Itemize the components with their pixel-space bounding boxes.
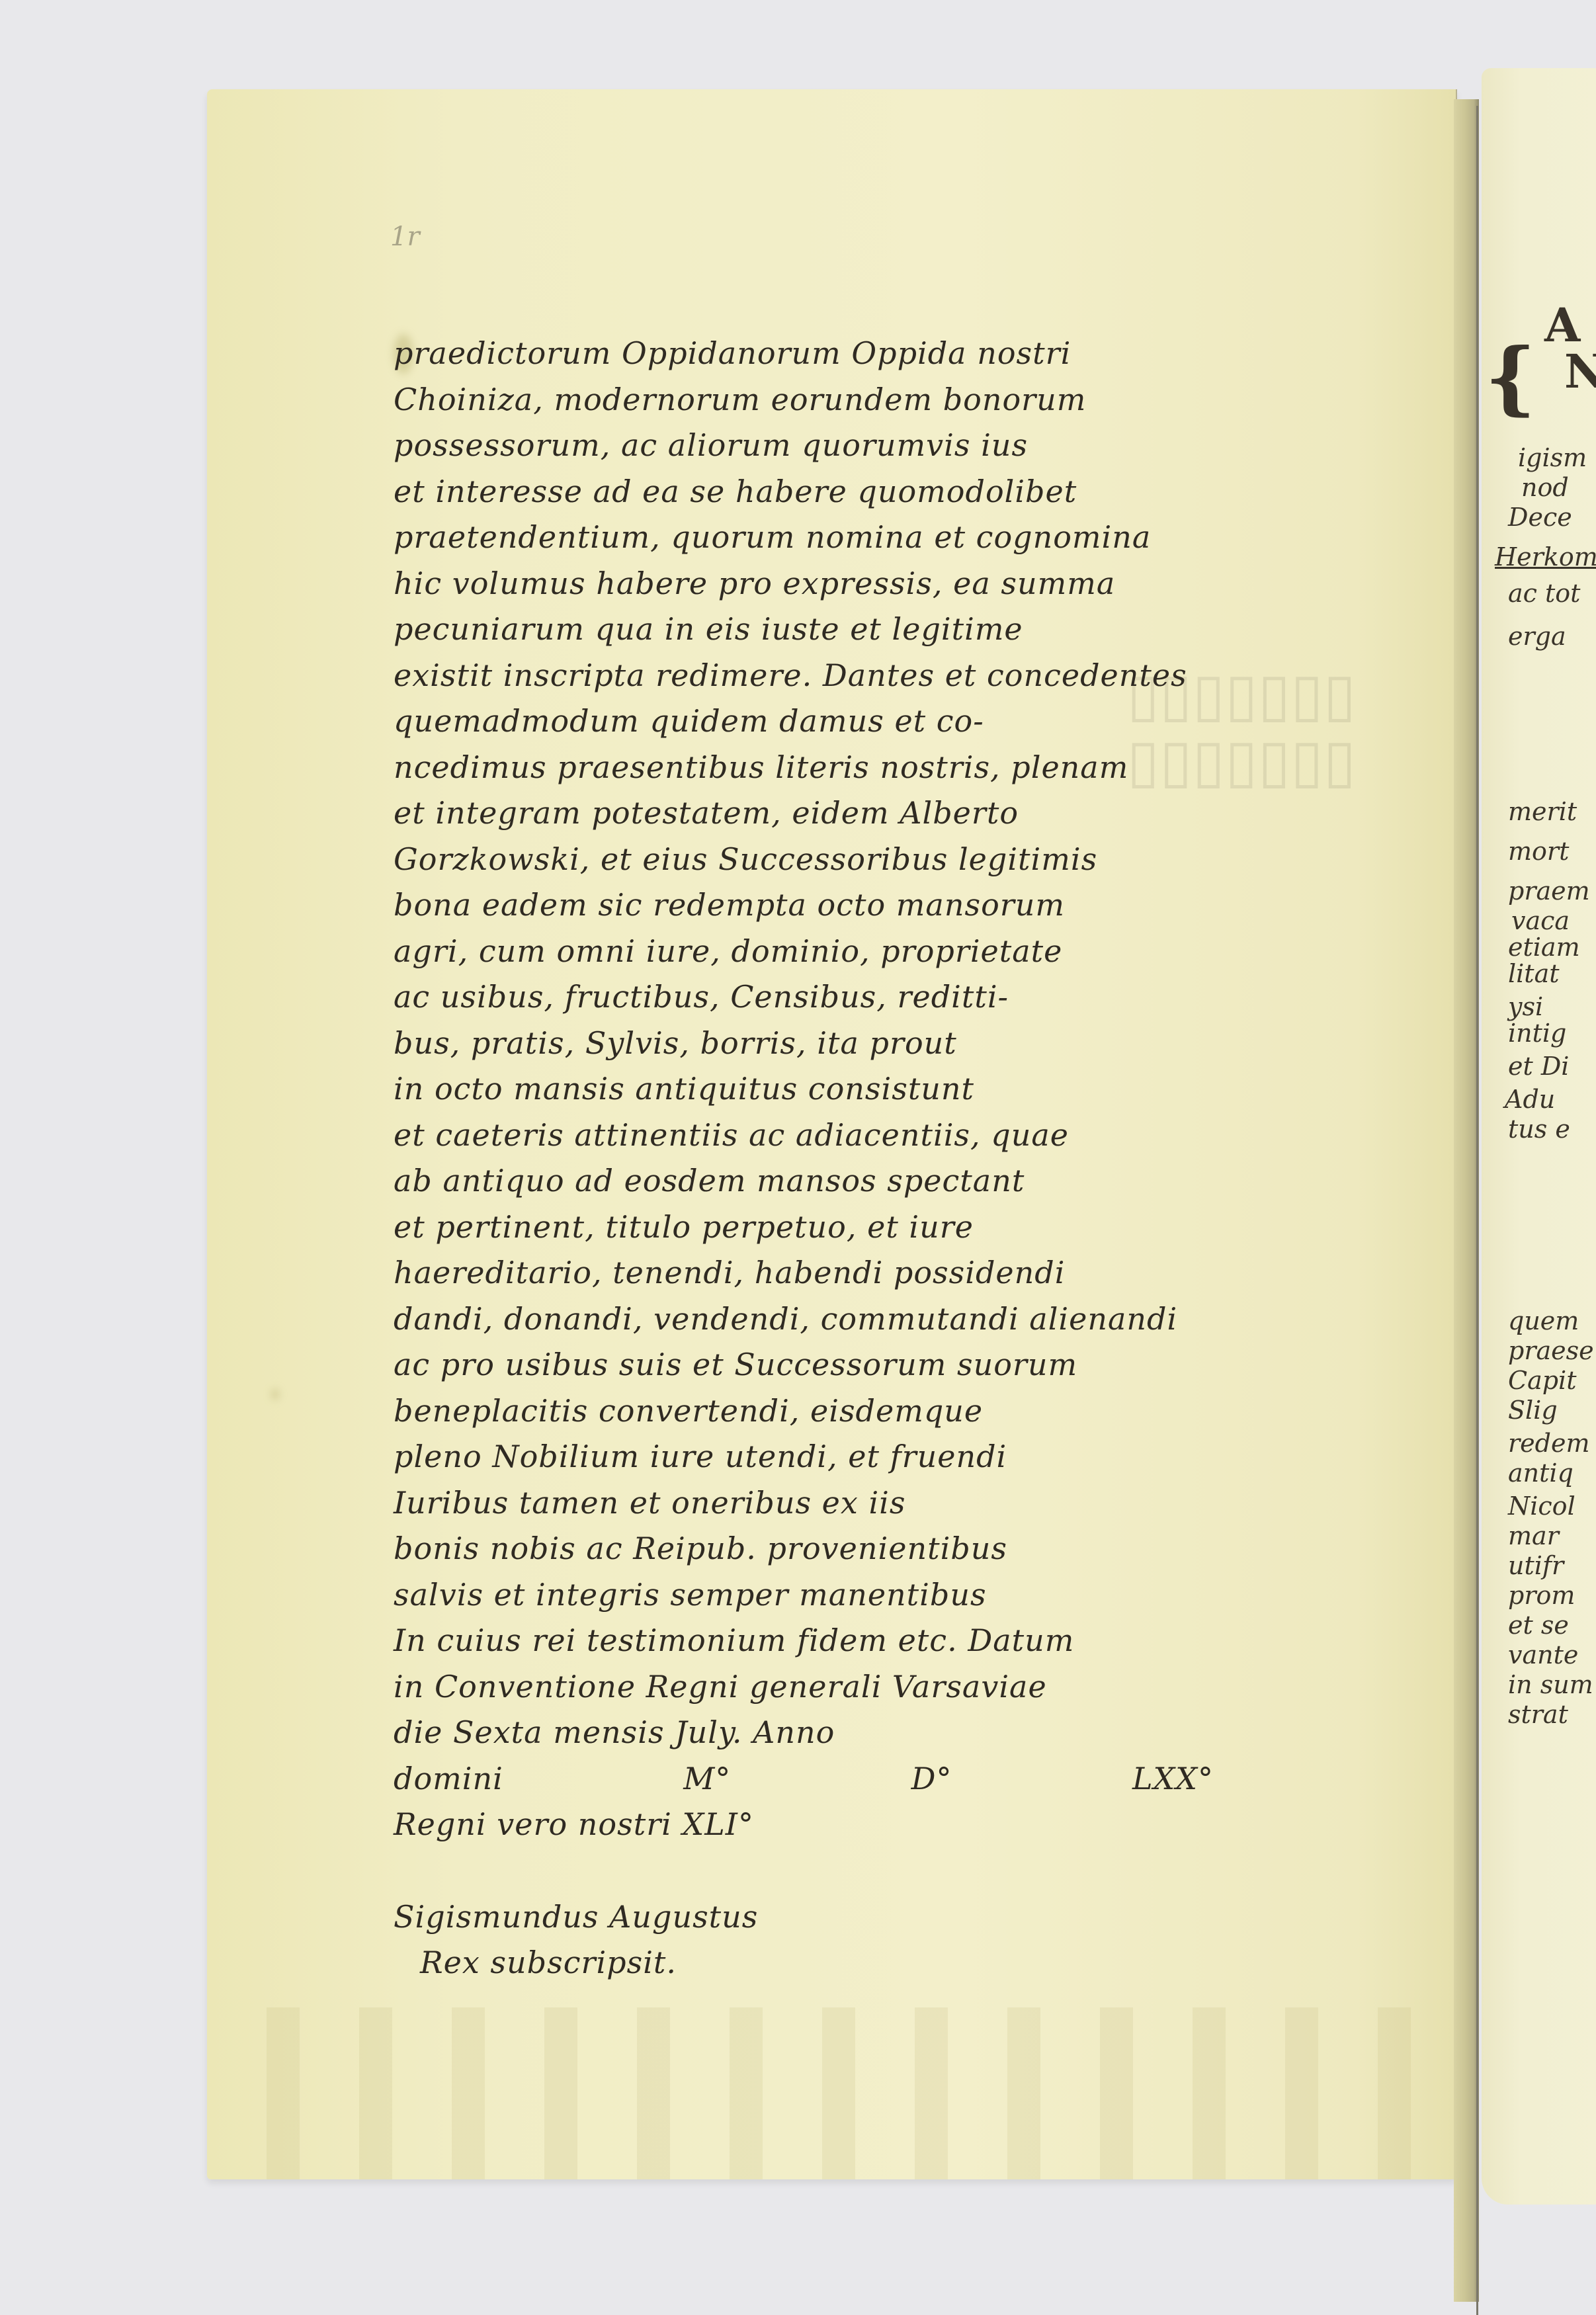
text-line: hic volumus habere pro expressis, ea sum… [394, 561, 1333, 607]
text-line: et integram potestatem, eidem Alberto [394, 790, 1333, 837]
fragment-line: intig [1508, 1019, 1566, 1048]
fragment-line: praese [1508, 1336, 1594, 1365]
binding-edge [1476, 106, 1478, 2315]
text-line: In cuius rei testimonium fidem etc. Datu… [394, 1618, 1333, 1664]
text-line: praedictorum Oppidanorum Oppida nostri [394, 331, 1333, 377]
text-line: Iuribus tamen et oneribus ex iis [394, 1480, 1333, 1527]
signature-name: Sigismundus Augustus [394, 1894, 1333, 1941]
fragment-line: Herkom [1495, 542, 1596, 571]
fragment-line: etiam [1508, 933, 1580, 962]
regnal-year-line: Regni vero nostri XLI° [394, 1802, 1333, 1848]
date-millesimo: M° [683, 1756, 731, 1802]
text-line: bonis nobis ac Reipub. provenientibus [394, 1526, 1333, 1572]
date-dmo: D° [911, 1756, 952, 1802]
text-line: agri, cum omni iure, dominio, proprietat… [394, 929, 1333, 975]
text-line: ac pro usibus suis et Successorum suorum [394, 1342, 1333, 1388]
fragment-line: Nicol [1508, 1492, 1575, 1521]
fragment-line: vaca [1511, 906, 1570, 935]
signature-block: Sigismundus Augustus Rex subscripsit. [394, 1894, 1333, 1986]
text-line: possessorum, ac aliorum quorumvis ius [394, 423, 1333, 469]
heading-initial: N [1564, 344, 1596, 399]
folio-number: 1r [390, 222, 420, 252]
text-line: ac usibus, fructibus, Censibus, reditti- [394, 974, 1333, 1021]
text-line: pecuniarum qua in eis iuste et legitime [394, 607, 1333, 653]
text-line: bona eadem sic redempta octo mansorum [394, 882, 1333, 929]
paper-stain [271, 1389, 279, 1400]
text-line: Choiniza, modernorum eorundem bonorum [394, 377, 1333, 423]
manuscript-text: praedictorum Oppidanorum Oppida nostri C… [394, 331, 1333, 1986]
text-line: et interesse ad ea se habere quomodolibe… [394, 469, 1333, 515]
text-line: salvis et integris semper manentibus [394, 1572, 1333, 1619]
text-line: beneplacitis convertendi, eisdemque [394, 1388, 1333, 1435]
text-line: ab antiquo ad eosdem mansos spectant [394, 1158, 1333, 1204]
text-line: in Conventione Regni generali Varsaviae [394, 1664, 1333, 1710]
fragment-line: Slig [1508, 1396, 1558, 1425]
date-label: domini [394, 1756, 503, 1802]
fragment-line: prom [1508, 1581, 1575, 1610]
text-line: Gorzkowski, et eius Successoribus legiti… [394, 837, 1333, 883]
fragment-line: ysi [1508, 992, 1543, 1021]
date-line: domini M° D° LXX° [394, 1756, 1214, 1802]
text-line: existit inscripta redimere. Dantes et co… [394, 653, 1333, 699]
fragment-line: Dece [1508, 503, 1572, 532]
fragment-line: utifr [1508, 1551, 1564, 1580]
fragment-line: ac tot [1508, 579, 1580, 608]
text-line: ncedimus praesentibus literis nostris, p… [394, 745, 1333, 791]
fragment-line: Capit [1508, 1366, 1576, 1395]
text-line: in octo mansis antiquitus consistunt [394, 1066, 1333, 1113]
fragment-line: et se [1508, 1611, 1569, 1640]
fragment-line: Adu [1505, 1085, 1555, 1114]
text-line: praetendentium, quorum nomina et cognomi… [394, 515, 1333, 561]
signature-title: Rex subscripsit. [394, 1940, 1333, 1986]
fragment-line: in sum [1508, 1670, 1593, 1699]
text-line: et caeteris attinentiis ac adiacentiis, … [394, 1113, 1333, 1159]
fragment-line: strat [1508, 1700, 1568, 1729]
text-line: quemadmodum quidem damus et co- [394, 698, 1333, 745]
fragment-line: vante [1508, 1640, 1578, 1669]
text-line: et pertinent, titulo perpetuo, et iure [394, 1204, 1333, 1251]
fragment-line: redem [1508, 1429, 1590, 1458]
fragment-line: praem [1508, 876, 1590, 905]
fragment-line: tus e [1508, 1115, 1570, 1144]
fragment-line: merit [1508, 797, 1577, 826]
fragment-line: et Di [1508, 1052, 1569, 1081]
text-line: haereditario, tenendi, habendi possidend… [394, 1250, 1333, 1296]
fragment-line: litat [1508, 959, 1560, 988]
fragment-line: antiq [1508, 1458, 1574, 1488]
text-line: pleno Nobilium iure utendi, et fruendi [394, 1434, 1333, 1480]
fragment-line: erga [1508, 622, 1566, 651]
text-line: die Sexta mensis July. Anno [394, 1710, 1333, 1756]
fragment-line: nod [1521, 473, 1569, 502]
fragment-line: igism [1518, 443, 1587, 472]
fragment-line: quem [1508, 1306, 1579, 1335]
book-gutter [1454, 99, 1479, 2302]
fragment-line: mar [1508, 1521, 1559, 1550]
text-line: bus, pratis, Sylvis, borris, ita prout [394, 1021, 1333, 1067]
decorated-initial-s: { [1485, 331, 1536, 424]
date-numeral: LXX° [1132, 1756, 1214, 1802]
fragment-line: mort [1508, 837, 1569, 866]
text-line: dandi, donandi, vendendi, commutandi ali… [394, 1296, 1333, 1343]
